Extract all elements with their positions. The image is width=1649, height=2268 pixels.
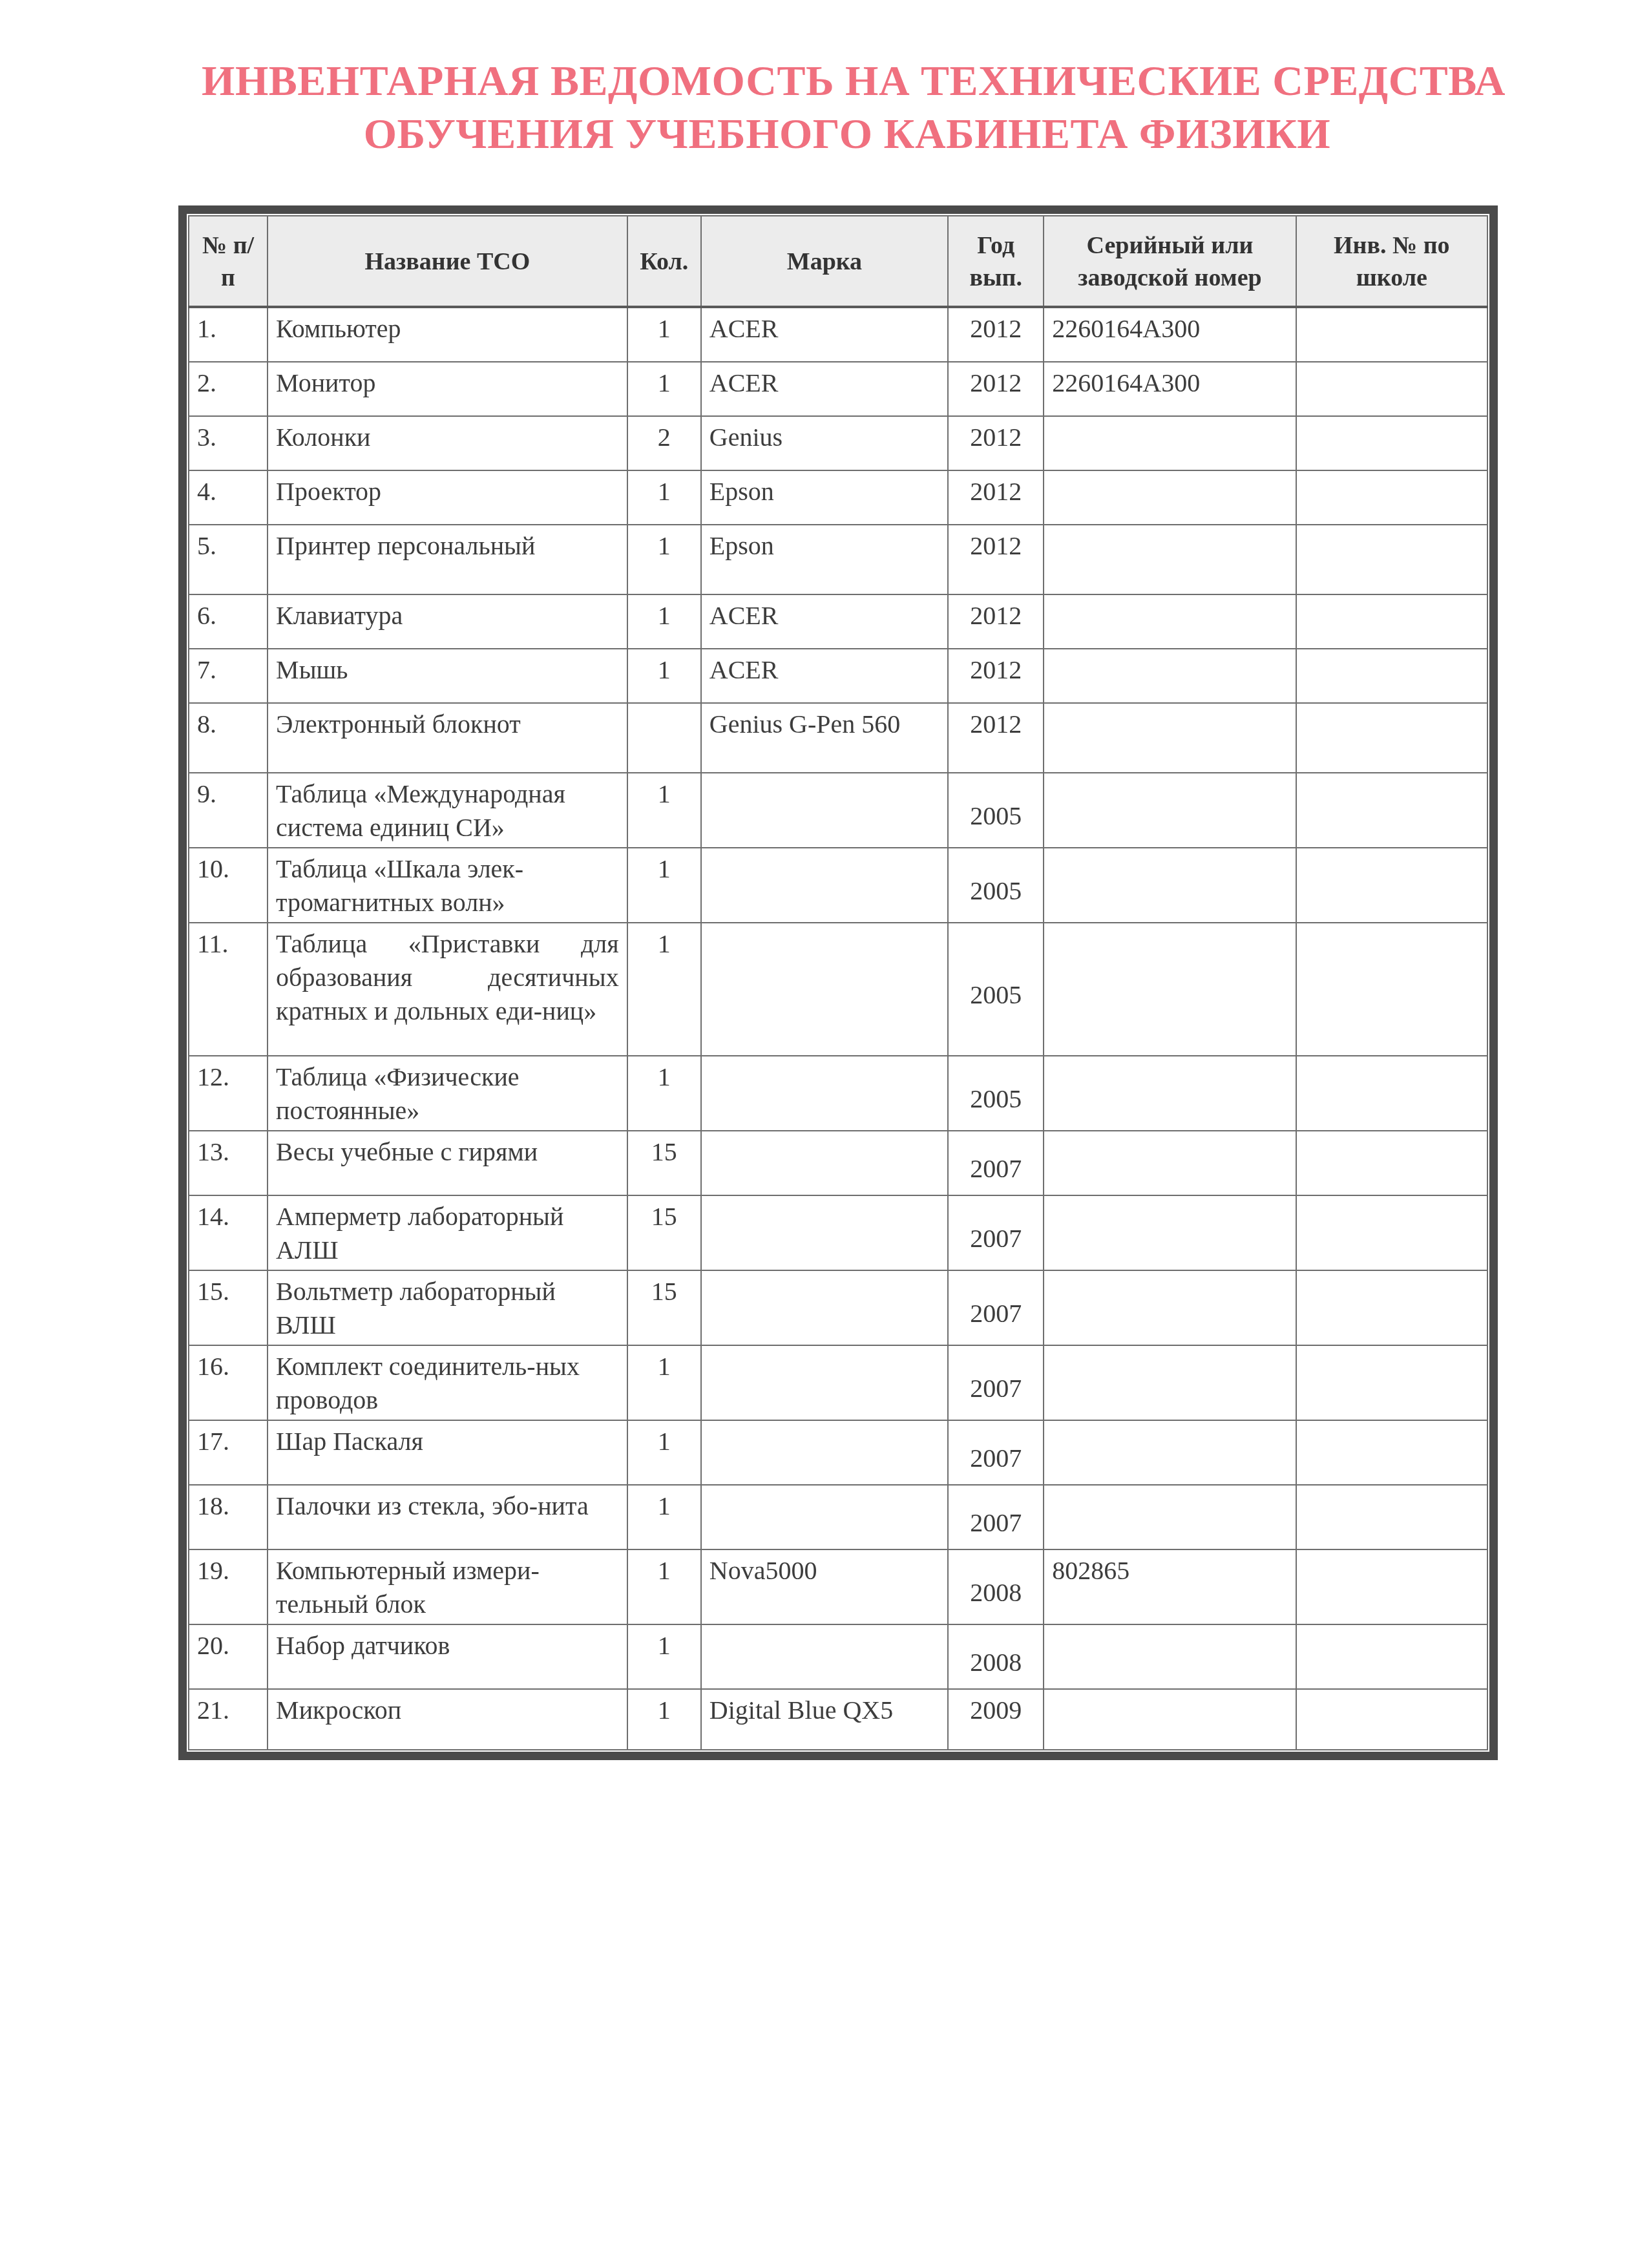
item-inventory-number	[1296, 1131, 1487, 1195]
item-serial	[1044, 1056, 1296, 1131]
item-name: Проектор	[268, 470, 627, 525]
item-name: Таблица «Международная система единиц СИ…	[268, 773, 627, 848]
row-number: 4.	[189, 470, 268, 525]
item-serial: 2260164A300	[1044, 362, 1296, 416]
item-brand	[701, 1420, 948, 1485]
item-quantity: 2	[627, 416, 701, 470]
table-row: 1.Компьютер1ACER20122260164A300	[189, 307, 1487, 362]
item-year: 2005	[948, 773, 1044, 848]
item-name: Таблица «Шкала элек-тромагнитных волн»	[268, 848, 627, 923]
item-inventory-number	[1296, 1624, 1487, 1689]
item-quantity	[627, 703, 701, 773]
item-serial	[1044, 470, 1296, 525]
item-inventory-number	[1296, 848, 1487, 923]
inventory-table: № п/п Название ТСО Кол. Марка Год вып. С…	[188, 215, 1488, 1750]
item-brand: ACER	[701, 649, 948, 703]
item-inventory-number	[1296, 594, 1487, 649]
item-quantity: 1	[627, 307, 701, 362]
item-inventory-number	[1296, 1345, 1487, 1420]
item-name: Мышь	[268, 649, 627, 703]
header-quantity: Кол.	[627, 216, 701, 307]
table-body: 1.Компьютер1ACER20122260164A3002.Монитор…	[189, 307, 1487, 1750]
item-name: Микроскоп	[268, 1689, 627, 1750]
item-inventory-number	[1296, 773, 1487, 848]
item-serial	[1044, 1195, 1296, 1270]
item-name: Таблица «Приставки для образования десят…	[268, 923, 627, 1056]
item-inventory-number	[1296, 1549, 1487, 1624]
item-serial	[1044, 1345, 1296, 1420]
item-year: 2007	[948, 1485, 1044, 1549]
row-number: 6.	[189, 594, 268, 649]
item-brand: Nova5000	[701, 1549, 948, 1624]
item-brand: ACER	[701, 362, 948, 416]
row-number: 15.	[189, 1270, 268, 1345]
header-serial: Серийный или заводской номер	[1044, 216, 1296, 307]
item-serial	[1044, 416, 1296, 470]
row-number: 7.	[189, 649, 268, 703]
item-quantity: 15	[627, 1270, 701, 1345]
item-serial: 2260164A300	[1044, 307, 1296, 362]
item-brand: Genius	[701, 416, 948, 470]
item-serial	[1044, 703, 1296, 773]
item-serial	[1044, 1689, 1296, 1750]
row-number: 12.	[189, 1056, 268, 1131]
table-row: 8.Электронный блокнотGenius G-Pen 560201…	[189, 703, 1487, 773]
item-name: Принтер персональный	[268, 525, 627, 594]
item-serial	[1044, 1420, 1296, 1485]
table-row: 20.Набор датчиков12008	[189, 1624, 1487, 1689]
item-brand: Digital Blue QX5	[701, 1689, 948, 1750]
item-inventory-number	[1296, 416, 1487, 470]
item-serial	[1044, 848, 1296, 923]
item-inventory-number	[1296, 307, 1487, 362]
item-brand	[701, 1624, 948, 1689]
item-serial	[1044, 594, 1296, 649]
row-number: 2.	[189, 362, 268, 416]
item-brand: ACER	[701, 307, 948, 362]
item-year: 2008	[948, 1549, 1044, 1624]
inventory-table-frame: № п/п Название ТСО Кол. Марка Год вып. С…	[178, 205, 1498, 1760]
item-inventory-number	[1296, 923, 1487, 1056]
item-brand	[701, 1345, 948, 1420]
item-quantity: 1	[627, 649, 701, 703]
item-quantity: 1	[627, 362, 701, 416]
row-number: 20.	[189, 1624, 268, 1689]
item-name: Палочки из стекла, эбо-нита	[268, 1485, 627, 1549]
item-quantity: 15	[627, 1131, 701, 1195]
item-name: Компьютерный измери-тельный блок	[268, 1549, 627, 1624]
item-name: Таблица «Физические постоянные»	[268, 1056, 627, 1131]
item-year: 2007	[948, 1270, 1044, 1345]
page-title: ИНВЕНТАРНАЯ ВЕДОМОСТЬ НА ТЕХНИЧЕСКИЕ СРЕ…	[0, 55, 1649, 161]
item-quantity: 1	[627, 1345, 701, 1420]
header-brand: Марка	[701, 216, 948, 307]
row-number: 10.	[189, 848, 268, 923]
row-number: 3.	[189, 416, 268, 470]
item-year: 2012	[948, 525, 1044, 594]
item-serial	[1044, 1485, 1296, 1549]
header-name: Название ТСО	[268, 216, 627, 307]
table-row: 6.Клавиатура1ACER2012	[189, 594, 1487, 649]
header-inventory-number: Инв. № по школе	[1296, 216, 1487, 307]
item-brand: Epson	[701, 525, 948, 594]
item-year: 2007	[948, 1420, 1044, 1485]
item-inventory-number	[1296, 1056, 1487, 1131]
item-year: 2012	[948, 703, 1044, 773]
item-inventory-number	[1296, 1485, 1487, 1549]
item-inventory-number	[1296, 649, 1487, 703]
item-quantity: 1	[627, 1689, 701, 1750]
item-serial	[1044, 525, 1296, 594]
item-brand: ACER	[701, 594, 948, 649]
page-title-line-2: ОБУЧЕНИЯ УЧЕБНОГО КАБИНЕТА ФИЗИКИ	[0, 108, 1649, 161]
item-year: 2005	[948, 848, 1044, 923]
table-row: 13.Весы учебные с гирями152007	[189, 1131, 1487, 1195]
item-brand	[701, 1195, 948, 1270]
item-name: Амперметр лабораторный АЛШ	[268, 1195, 627, 1270]
item-year: 2012	[948, 649, 1044, 703]
row-number: 13.	[189, 1131, 268, 1195]
item-brand	[701, 1270, 948, 1345]
item-year: 2005	[948, 1056, 1044, 1131]
table-row: 7.Мышь1ACER2012	[189, 649, 1487, 703]
row-number: 19.	[189, 1549, 268, 1624]
item-quantity: 1	[627, 1056, 701, 1131]
item-quantity: 1	[627, 923, 701, 1056]
item-inventory-number	[1296, 1420, 1487, 1485]
table-row: 19.Компьютерный измери-тельный блок1Nova…	[189, 1549, 1487, 1624]
item-quantity: 1	[627, 1420, 701, 1485]
item-serial	[1044, 1270, 1296, 1345]
table-row: 9.Таблица «Международная система единиц …	[189, 773, 1487, 848]
item-inventory-number	[1296, 470, 1487, 525]
row-number: 5.	[189, 525, 268, 594]
item-year: 2012	[948, 416, 1044, 470]
table-row: 11.Таблица «Приставки для образования де…	[189, 923, 1487, 1056]
item-quantity: 1	[627, 1624, 701, 1689]
item-year: 2012	[948, 470, 1044, 525]
item-serial	[1044, 1624, 1296, 1689]
table-row: 15.Вольтметр лабораторный ВЛШ152007	[189, 1270, 1487, 1345]
item-serial	[1044, 649, 1296, 703]
item-name: Клавиатура	[268, 594, 627, 649]
table-row: 2.Монитор1ACER20122260164A300	[189, 362, 1487, 416]
header-number: № п/п	[189, 216, 268, 307]
item-name: Электронный блокнот	[268, 703, 627, 773]
item-quantity: 1	[627, 594, 701, 649]
item-quantity: 1	[627, 848, 701, 923]
table-row: 5.Принтер персональный1Epson2012	[189, 525, 1487, 594]
item-brand	[701, 1056, 948, 1131]
item-inventory-number	[1296, 1195, 1487, 1270]
item-serial	[1044, 923, 1296, 1056]
item-quantity: 1	[627, 470, 701, 525]
item-inventory-number	[1296, 703, 1487, 773]
item-quantity: 1	[627, 1485, 701, 1549]
item-serial	[1044, 1131, 1296, 1195]
item-brand	[701, 848, 948, 923]
item-quantity: 1	[627, 525, 701, 594]
item-year: 2007	[948, 1131, 1044, 1195]
item-inventory-number	[1296, 362, 1487, 416]
item-year: 2007	[948, 1345, 1044, 1420]
item-brand	[701, 1131, 948, 1195]
table-row: 4.Проектор1Epson2012	[189, 470, 1487, 525]
table-row: 10.Таблица «Шкала элек-тромагнитных волн…	[189, 848, 1487, 923]
table-row: 12.Таблица «Физические постоянные»12005	[189, 1056, 1487, 1131]
item-name: Комплект соединитель-ных проводов	[268, 1345, 627, 1420]
item-name: Шар Паскаля	[268, 1420, 627, 1485]
item-quantity: 1	[627, 773, 701, 848]
item-brand: Genius G-Pen 560	[701, 703, 948, 773]
page-title-line-1: ИНВЕНТАРНАЯ ВЕДОМОСТЬ НА ТЕХНИЧЕСКИЕ СРЕ…	[0, 55, 1649, 108]
item-year: 2009	[948, 1689, 1044, 1750]
row-number: 21.	[189, 1689, 268, 1750]
item-brand: Epson	[701, 470, 948, 525]
item-year: 2012	[948, 594, 1044, 649]
row-number: 16.	[189, 1345, 268, 1420]
item-brand	[701, 773, 948, 848]
item-inventory-number	[1296, 1270, 1487, 1345]
item-name: Колонки	[268, 416, 627, 470]
item-brand	[701, 923, 948, 1056]
item-serial: 802865	[1044, 1549, 1296, 1624]
item-inventory-number	[1296, 1689, 1487, 1750]
item-year: 2005	[948, 923, 1044, 1056]
table-row: 3.Колонки2Genius2012	[189, 416, 1487, 470]
table-row: 21.Микроскоп1Digital Blue QX52009	[189, 1689, 1487, 1750]
row-number: 8.	[189, 703, 268, 773]
item-name: Весы учебные с гирями	[268, 1131, 627, 1195]
row-number: 14.	[189, 1195, 268, 1270]
item-year: 2008	[948, 1624, 1044, 1689]
item-quantity: 15	[627, 1195, 701, 1270]
item-inventory-number	[1296, 525, 1487, 594]
row-number: 11.	[189, 923, 268, 1056]
item-brand	[701, 1485, 948, 1549]
item-year: 2012	[948, 307, 1044, 362]
item-name: Монитор	[268, 362, 627, 416]
table-row: 18.Палочки из стекла, эбо-нита12007	[189, 1485, 1487, 1549]
item-name: Набор датчиков	[268, 1624, 627, 1689]
item-year: 2012	[948, 362, 1044, 416]
table-row: 16.Комплект соединитель-ных проводов1200…	[189, 1345, 1487, 1420]
row-number: 9.	[189, 773, 268, 848]
row-number: 17.	[189, 1420, 268, 1485]
row-number: 1.	[189, 307, 268, 362]
table-header-row: № п/п Название ТСО Кол. Марка Год вып. С…	[189, 216, 1487, 307]
item-name: Вольтметр лабораторный ВЛШ	[268, 1270, 627, 1345]
item-serial	[1044, 773, 1296, 848]
item-name: Компьютер	[268, 307, 627, 362]
row-number: 18.	[189, 1485, 268, 1549]
table-row: 14.Амперметр лабораторный АЛШ152007	[189, 1195, 1487, 1270]
header-year: Год вып.	[948, 216, 1044, 307]
item-quantity: 1	[627, 1549, 701, 1624]
table-row: 17.Шар Паскаля12007	[189, 1420, 1487, 1485]
item-year: 2007	[948, 1195, 1044, 1270]
